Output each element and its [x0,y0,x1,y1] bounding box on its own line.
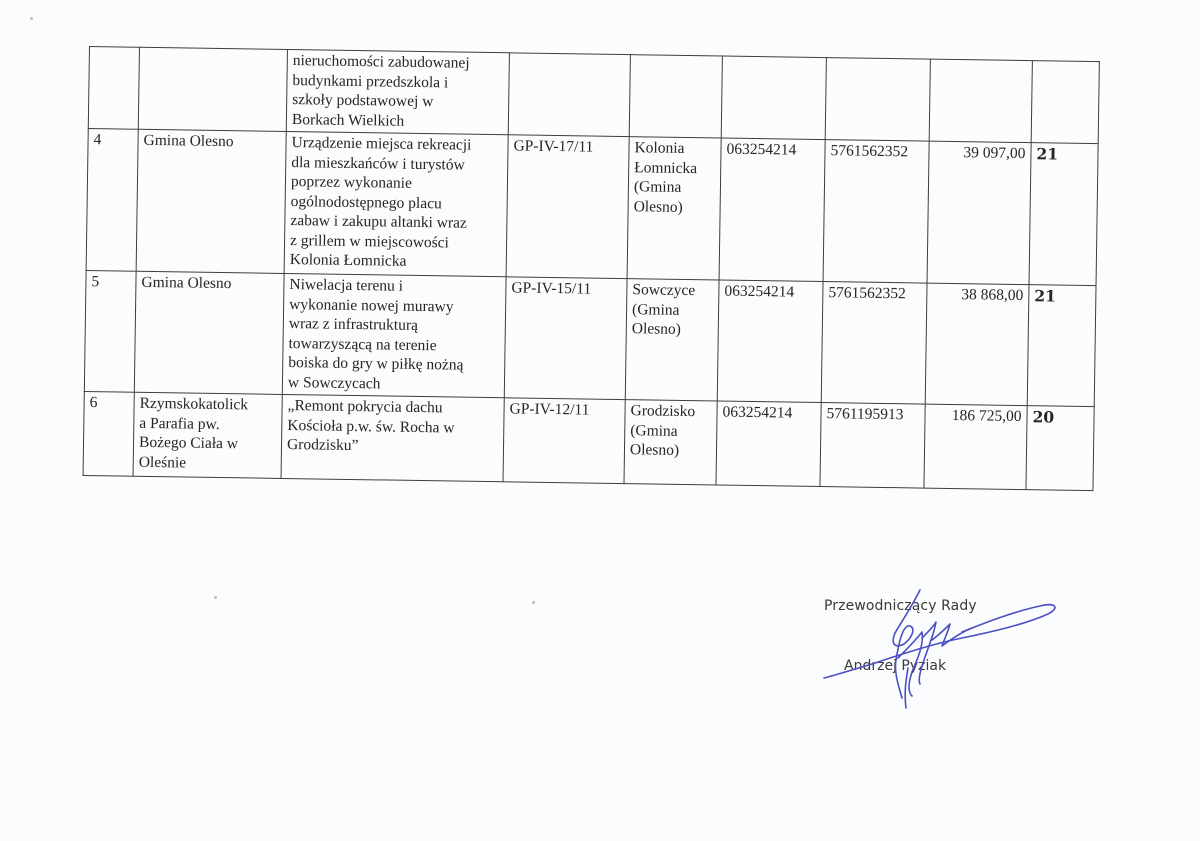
nip-cell: 5761562352 [823,140,929,284]
applicant-line: Rzymskokatolick [139,394,276,416]
place-line: Kolonia [634,138,715,159]
row-number [88,47,139,130]
place-cell: Sowczyce (Gmina Olesno) [625,279,719,401]
description-line: wraz z infrastrukturą [289,314,500,337]
place-line: Olesno) [634,197,715,218]
signature-block: Przewodniczący Rady Andrzej Pyziak [824,598,1084,718]
row-number: 4 [86,128,138,271]
description-line: Niwelacja terenu i [289,275,500,298]
regon-cell: 063254214 [716,401,821,487]
place-line: Olesno) [630,440,711,461]
score-cell [1031,61,1099,144]
regon-cell: 063254214 [719,138,825,282]
applicant-cell: Rzymskokatolick a Parafia pw. Bożego Cia… [133,392,282,478]
row-number: 5 [84,270,136,392]
description-cell: nieruchomości zabudowanej budynkami prze… [286,49,509,134]
description-line: Kolonia Łomnicka [290,250,501,273]
place-cell [629,55,722,138]
place-line: (Gmina [632,300,713,321]
row-number: 6 [83,391,134,476]
description-line: w Sowczycach [288,373,499,396]
description-line: Grodzisku” [287,435,498,458]
place-cell: Grodzisko (Gmina Olesno) [624,400,717,485]
applicant-line: Oleśnie [139,452,276,474]
score-cell: 21 [1029,143,1098,286]
place-line: Łomnicka [634,158,715,179]
place-line: (Gmina [630,421,711,442]
nip-cell: 5761195913 [820,403,925,489]
description-line: szkoły podstawowej w [292,90,503,113]
applications-table-wrapper: nieruchomości zabudowanej budynkami prze… [83,46,1100,491]
scanned-page: nieruchomości zabudowanej budynkami prze… [0,0,1200,841]
applicant-line: Bożego Ciała w [139,433,276,455]
regon-cell: 063254214 [717,280,823,403]
description-cell: „Remont pokrycia dachu Kościoła p.w. św.… [281,394,504,481]
description-line: poprzez wykonanie [291,172,502,195]
applicant-cell: Gmina Olesno [136,129,286,273]
applicant-cell [138,47,287,131]
table-row: 5 Gmina Olesno Niwelacja terenu i wykona… [84,270,1096,406]
table-row: nieruchomości zabudowanej budynkami prze… [88,47,1099,144]
description-line: zabaw i zakupu altanki wraz [290,211,501,234]
description-line: „Remont pokrycia dachu [287,396,498,419]
regon-cell [721,56,826,140]
applicant-line: a Parafia pw. [139,413,276,435]
applications-table: nieruchomości zabudowanej budynkami prze… [83,46,1100,491]
place-cell: Kolonia Łomnicka (Gmina Olesno) [627,137,721,280]
signatory-title: Przewodniczący Rady [824,598,977,614]
nip-cell: 5761562352 [821,282,927,405]
amount-cell [929,59,1032,143]
table-row: 4 Gmina Olesno Urządzenie miejsca rekrea… [86,128,1098,285]
place-line: Sowczyce [632,280,713,301]
description-cell: Niwelacja terenu i wykonanie nowej muraw… [282,273,506,397]
amount-cell: 39 097,00 [927,141,1031,285]
description-line: nieruchomości zabudowanej [293,51,504,74]
place-line: (Gmina [634,177,715,198]
scan-speck [214,596,217,599]
scan-speck [30,17,33,20]
score-cell: 21 [1027,285,1096,407]
scan-speck [532,601,535,604]
case-code-cell: GP-IV-15/11 [504,277,627,400]
table-row: 6 Rzymskokatolick a Parafia pw. Bożego C… [83,391,1094,490]
place-line: Olesno) [632,319,713,340]
description-line: Urządzenie miejsca rekreacji [291,133,502,156]
score-cell: 20 [1026,406,1094,491]
case-code-cell [508,53,630,137]
amount-cell: 186 725,00 [924,404,1027,490]
case-code-cell: GP-IV-17/11 [506,135,629,279]
signatory-name: Andrzej Pyziak [844,658,946,674]
nip-cell [825,58,930,142]
applicant-cell: Gmina Olesno [134,271,284,394]
description-line: Borkach Wielkich [292,110,503,133]
amount-cell: 38 868,00 [925,283,1029,406]
case-code-cell: GP-IV-12/11 [503,398,625,484]
description-line: boiska do gry w piłkę nożną [288,353,499,376]
place-line: Grodzisko [630,401,711,422]
description-cell: Urządzenie miejsca rekreacji dla mieszka… [284,131,508,276]
